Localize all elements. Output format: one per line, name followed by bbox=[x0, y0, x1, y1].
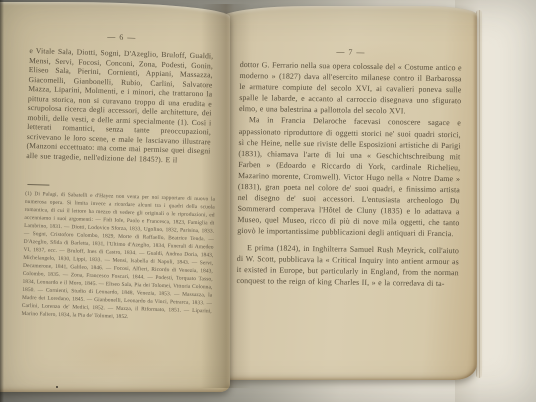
photo-left-edge-shadow bbox=[0, 0, 4, 402]
footnote-divider-rule bbox=[27, 184, 49, 186]
dust-speck bbox=[56, 386, 58, 388]
left-page-footnote: (1) Di Palagi, di Sabatelli e d'Hayez no… bbox=[21, 190, 215, 324]
left-page-body-text: e Vitale Sala, Diotti, Sogni, D'Azeglio,… bbox=[26, 46, 213, 165]
right-page-paragraph-1: dottor G. Ferrario nella sua opera colos… bbox=[239, 59, 462, 118]
left-page-text-column: — 6 — e Vitale Sala, Diotti, Sogni, D'Az… bbox=[21, 30, 213, 323]
right-page-paragraph-2: Ma in Francia Delaroche facevasi conosce… bbox=[237, 114, 461, 239]
right-page-paragraph-3: E prima (1824), in Inghilterra Samuel Ru… bbox=[236, 241, 459, 289]
right-page-number: — 7 — bbox=[240, 46, 462, 58]
right-page-text-column: — 7 — dottor G. Ferrario nella sua opera… bbox=[236, 46, 462, 289]
book-photograph: — 6 — e Vitale Sala, Diotti, Sogni, D'Az… bbox=[0, 0, 536, 402]
